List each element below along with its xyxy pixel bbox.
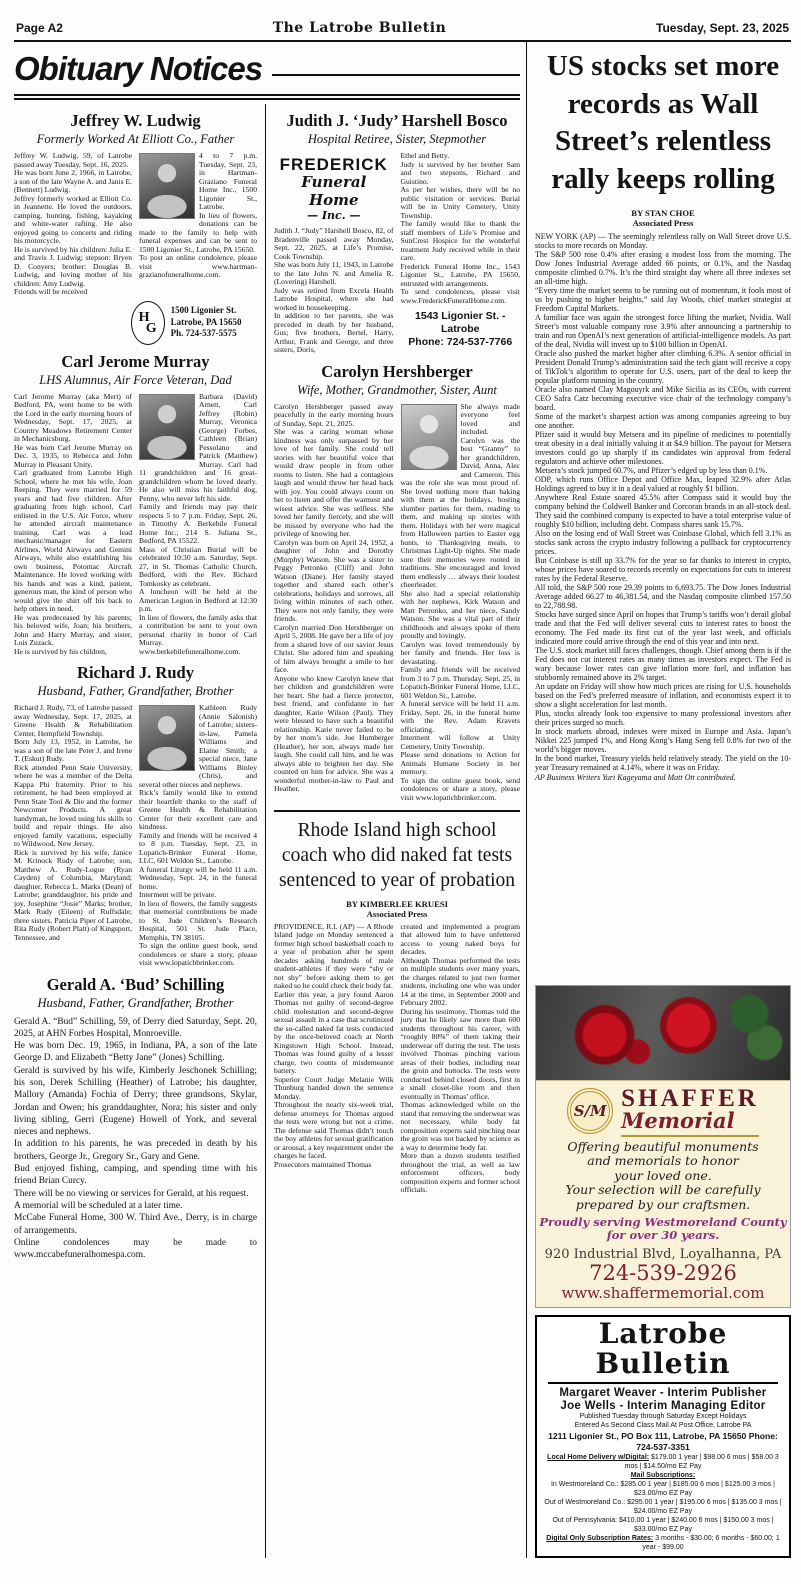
article-body-col1: PROVIDENCE, R.I. (AP) — A Rhode Island j… [274, 923, 394, 1195]
ludwig-photo [139, 153, 195, 219]
obit-body-col2: Kathleen Rudy (Annie Salonish) of Latrob… [139, 704, 257, 968]
obit-name: Richard J. Rudy [14, 663, 257, 683]
page-date: Tuesday, Sept. 23, 2025 [656, 21, 789, 35]
obit-body-col1: Jeffrey W. Ludwig, 59, of Latrobe passed… [14, 152, 132, 297]
obit-subtitle: LHS Alumnus, Air Force Veteran, Dad [14, 373, 257, 388]
shaffer-memorial-ad: S/M SHAFFER Memorial Offering beautiful … [535, 985, 791, 1309]
double-rule [14, 94, 520, 100]
obit-subtitle: Husband, Father, Grandfather, Brother [14, 684, 257, 699]
section-title: Obituary Notices [14, 50, 262, 88]
funeral-home-address: 1500 Ligonier St. Latrobe, PA 15650 Ph. … [171, 305, 242, 340]
stocks-article: US stocks set more records as Wall Stree… [535, 44, 791, 782]
obit-body-col1: Carl Jerome Murray (aka Mert) of Bedford… [14, 393, 132, 657]
obit-body-col2: 4 to 7 p.m. Tuesday, Sept. 23, in Hartma… [139, 152, 257, 297]
obituary-column-middle: Judith J. ‘Judy’ Harshell Bosco Hospital… [266, 104, 520, 1558]
ad-phone: 724-539-2926 [536, 1262, 790, 1284]
obit-subtitle: Formerly Worked At Elliott Co., Father [14, 132, 257, 147]
obit-name: Gerald A. ‘Bud’ Schilling [14, 975, 257, 995]
newspaper-page: Page A2 The Latrobe Bulletin Tuesday, Se… [0, 0, 801, 1584]
obit-body-col2: Ethel and Betty. Judy is survived by her… [401, 152, 521, 355]
bulletin-mail-header: Mail Subscriptions: [542, 1471, 784, 1480]
obit-subtitle: Husband, Father, Grandfather, Brother [14, 996, 257, 1011]
rudy-photo [139, 705, 195, 771]
obit-body-col1: FREDERICK Funeral Home — Inc. — Judith J… [274, 152, 394, 355]
obit-name: Jeffrey W. Ludwig [14, 111, 257, 131]
shaffer-monogram-icon: S/M [567, 1088, 613, 1134]
obit-body-col2: She always made everyone feel loved and … [401, 403, 521, 803]
bulletin-publisher: Margaret Weaver - Interim Publisher [542, 1387, 784, 1400]
bulletin-title: Latrobe Bulletin [548, 1319, 778, 1384]
hg-monogram-icon: H G [131, 301, 165, 345]
obit-body: Gerald A. “Bud” Schilling, 59, of Derry … [14, 1016, 257, 1262]
murray-photo [139, 394, 195, 460]
obituary-ludwig: Jeffrey W. Ludwig Formerly Worked At Ell… [14, 111, 257, 345]
bulletin-digital-rates: Digital Only Subscription Rates: 3 month… [542, 1534, 784, 1552]
contributor-note: AP Business Writers Yuri Kageyama and Ma… [535, 773, 791, 782]
title-rule [272, 74, 520, 76]
latrobe-bulletin-masthead-box: Latrobe Bulletin Margaret Weaver - Inter… [535, 1315, 791, 1558]
ad-copy: Offering beautiful monuments and memoria… [536, 1137, 790, 1213]
shaffer-brand: SHAFFER Memorial [621, 1085, 759, 1137]
probation-article: Rhode Island high school coach who did n… [274, 810, 520, 1195]
obit-body-col1: Richard J. Rudy, 73, of Latrobe passed a… [14, 704, 132, 968]
obit-body-col1: Carolyn Hershberger passed away peaceful… [274, 403, 394, 803]
hartman-graziano-logo: H G 1500 Ligonier St. Latrobe, PA 15650 … [131, 301, 257, 345]
obit-subtitle: Wife, Mother, Grandmother, Sister, Aunt [274, 383, 520, 398]
obituary-rudy: Richard J. Rudy Husband, Father, Grandfa… [14, 663, 257, 968]
article-byline: BY STAN CHOE Associated Press [535, 208, 791, 228]
obituary-section: Obituary Notices Jeffrey W. Ludwig Forme… [14, 42, 520, 1558]
article-headline: Rhode Island high school coach who did n… [278, 819, 516, 894]
frederick-address: 1543 Ligonier St. - Latrobe Phone: 724-5… [401, 310, 521, 349]
frederick-funeral-home-logo: FREDERICK Funeral Home — Inc. — [274, 155, 394, 222]
page-header: Page A2 The Latrobe Bulletin Tuesday, Se… [14, 4, 791, 42]
page-number: Page A2 [16, 21, 63, 35]
obit-subtitle: Hospital Retiree, Sister, Stepmother [274, 132, 520, 147]
right-column: US stocks set more records as Wall Stree… [526, 42, 791, 1558]
obit-body-col2: Barbara (David) Arnett, Carl Jeffrey (Ro… [139, 393, 257, 657]
roses-photo [536, 986, 790, 1081]
obituary-murray: Carl Jerome Murray LHS Alumnus, Air Forc… [14, 352, 257, 657]
article-headline: US stocks set more records as Wall Stree… [535, 48, 791, 199]
obit-name: Carolyn Hershberger [274, 362, 520, 382]
ad-address: 920 Industrial Blvd, Loyalhanna, PA [536, 1247, 790, 1262]
bulletin-delivery-rates: Local Home Delivery w/Digital: $179.00 1… [542, 1453, 784, 1471]
obit-name: Carl Jerome Murray [14, 352, 257, 372]
article-body: NEW YORK (AP) — The seemingly relentless… [535, 232, 791, 772]
bulletin-address: 1211 Ligonier St., PO Box 111, Latrobe, … [542, 1431, 784, 1453]
ad-tagline: Proudly serving Westmoreland County for … [536, 1216, 790, 1242]
obituary-schilling: Gerald A. ‘Bud’ Schilling Husband, Fathe… [14, 975, 257, 1262]
masthead-title: The Latrobe Bulletin [273, 20, 447, 36]
obituary-column-left: Jeffrey W. Ludwig Formerly Worked At Ell… [14, 104, 266, 1558]
ad-website: www.shaffermemorial.com [536, 1284, 790, 1307]
hershberger-photo [401, 404, 457, 470]
article-body-col2: created and implemented a program that a… [401, 923, 521, 1195]
obituary-hershberger: Carolyn Hershberger Wife, Mother, Grandm… [274, 362, 520, 803]
article-byline: BY KIMBERLEE KRUESI Associated Press [274, 899, 520, 919]
bulletin-editor: Joe Wells - Interim Managing Editor [542, 1400, 784, 1413]
obit-name: Judith J. ‘Judy’ Harshell Bosco [274, 111, 520, 131]
obituary-bosco: Judith J. ‘Judy’ Harshell Bosco Hospital… [274, 111, 520, 355]
